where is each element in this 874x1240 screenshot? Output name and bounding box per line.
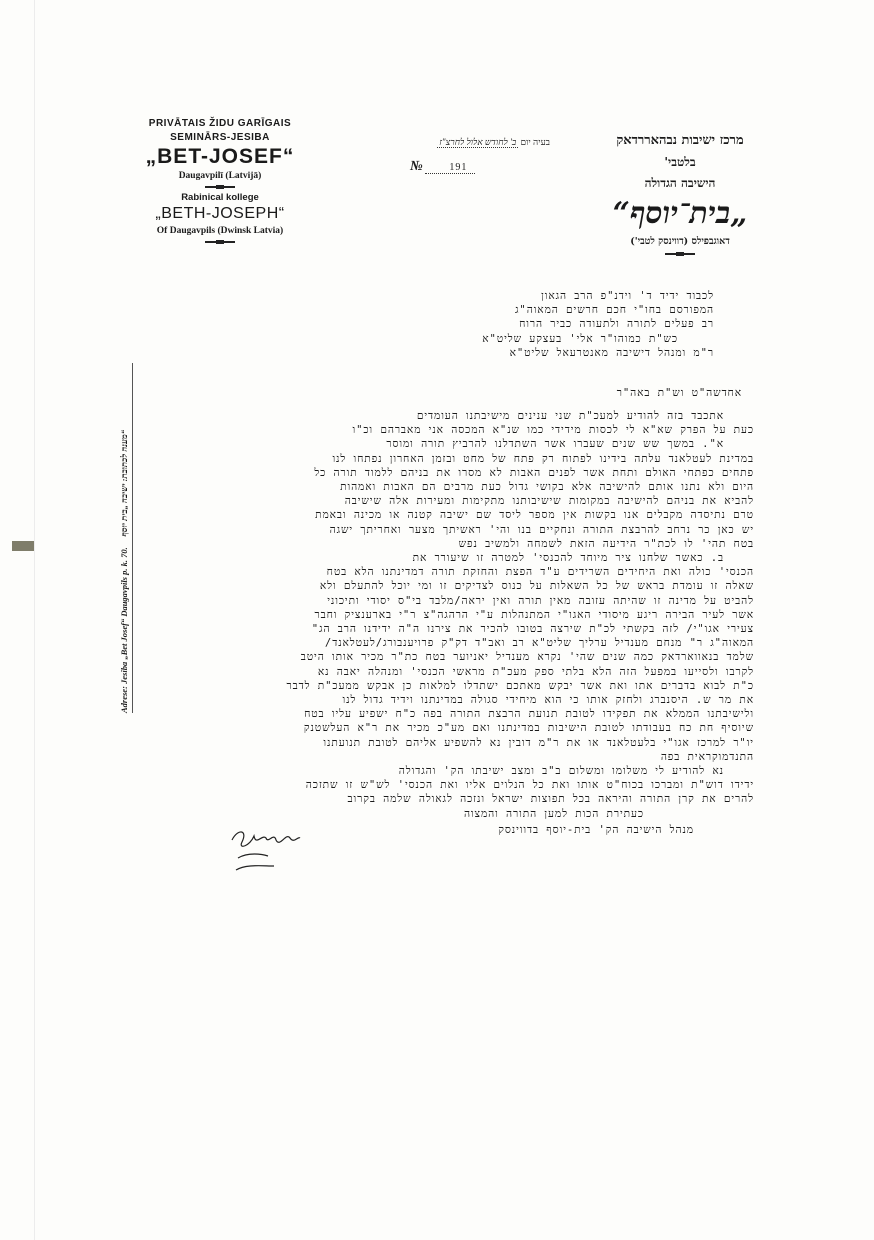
letter-meta: בעיה יום ב' לחודש אלול לחרצ"ז № 191 — [350, 137, 550, 175]
letterhead-subtitle-en: Rabinical kollege — [118, 191, 322, 204]
addressee-line: ר"מ ומנהל דישיבה מאנטרעאל שליט"א — [482, 346, 714, 360]
body-line: צעירי אגו"י/ לזה בקשתי לכ"ת שירצה בטובו … — [287, 622, 754, 636]
side-strip-rule — [132, 363, 133, 713]
body-line: לקרבו ולסייעו במפעל הזה הלא בלתי ספק מעכ… — [287, 665, 754, 679]
side-address-strip: Adrese: Jesiba „Bet Josef“ Daugavpils p.… — [112, 363, 136, 713]
side-address-hebrew: מענה לכתובת: ישיבה „בית יוסף“ — [119, 430, 129, 537]
number-line: № 191 — [410, 159, 550, 175]
greeting: אחדשה"ט וש"ת באה"ר — [617, 386, 742, 400]
body-line: שאלה זו עומדת בראש של כל השאלות על כנוס … — [287, 579, 754, 593]
side-address-latin: Adrese: Jesiba „Bet Josef“ Daugavpils p.… — [119, 547, 129, 713]
body-line: יש כאן כר נרחב להרבצת התורה ונחקיים בנו … — [287, 523, 754, 537]
institution-name-en: „BETH-JOSEPH“ — [118, 204, 322, 224]
institution-name-he: „בית־יוסף“ — [580, 194, 780, 234]
addressee-line: לכבוד ידיד ד' וידנ"פ הרב הגאון — [482, 289, 714, 303]
body-line: להביא את בניהם להישיבה במקומות שישיבותנו… — [287, 494, 754, 508]
body-line: להביט על מדינה זו שהיתה עזובה מאין תורה … — [287, 594, 754, 608]
body-line: אתכבד בזה להודיע למעכ"ת שני ענינים מישיב… — [287, 409, 754, 423]
body-line: בטח תהי' לו לכת"ר הידיעה הזאת לשמחה ולמש… — [287, 537, 754, 551]
ornament-divider — [205, 186, 235, 188]
city-he: דאוגבפילס (דווינסק לטבי') — [580, 234, 780, 250]
letterhead-he-line2: בלטבי' — [580, 152, 780, 172]
letter-number: 191 — [425, 162, 475, 174]
institution-name-lv: „BET-JOSEF“ — [118, 145, 322, 169]
addressee-line: רב פעלים לתורה ולתעודה כביר הרוח — [482, 317, 714, 331]
letterhead-he-line1: מרכז ישיבות נבהאררדאק — [580, 130, 780, 152]
handwritten-signature — [228, 826, 302, 882]
number-label: № — [410, 159, 423, 174]
ornament-divider — [205, 241, 235, 243]
ornament-divider — [665, 253, 695, 255]
body-line: ידידו דוש"ת ומברכו בכוח"ט אותו ואת כל הנ… — [287, 778, 754, 792]
date-value: ב' לחודש אלול לחרצ"ז — [437, 137, 518, 148]
date-line: בעיה יום ב' לחודש אלול לחרצ"ז — [350, 137, 550, 147]
body-line: להרים את קרן התורה והיראה בכל תפוצות ישר… — [287, 792, 754, 806]
binder-tab-mark — [12, 541, 34, 551]
body-line: טרם נתיסדה מקבלים אנו בקשות אין מספר ליס… — [287, 508, 754, 522]
city-en: Of Daugavpils (Dwinsk Latvia) — [118, 224, 322, 238]
body-line: שיוסיף חת כח בעבודתו לטובת הישיבות במדינ… — [287, 721, 754, 735]
body-line: כ"ת לבוא בדברים אתו ואת אשר יבקש מאתכם י… — [287, 679, 754, 693]
body-line: היום ולא נתנו אותם להישיבה אלא בקושי גדו… — [287, 480, 754, 494]
letterhead-line1: PRIVĀTAIS ŽIDU GARĪGAIS — [118, 116, 322, 131]
addressee-block: לכבוד ידיד ד' וידנ"פ הרב הגאוןהמפורסם בח… — [482, 289, 714, 360]
addressee-line: המפורסם בחו"י חכם חרשים המאוה"ג — [482, 303, 714, 317]
body-line: המאוה"ג ר" מנחם מענדיל ערליך שליט"א רב ו… — [287, 636, 754, 650]
body-line: הכנסי' כולה ואת היחידים השרידים ע"ד הפצת… — [287, 565, 754, 579]
body-line: יו"ר למרכז אגו"י בלעטלאנד או את ר"מ דובי… — [287, 736, 754, 750]
side-address-text: Adrese: Jesiba „Bet Josef“ Daugavpils p.… — [118, 363, 142, 713]
addressee-line: כש"ת כמוהו"ר אלי' בעצקע שליט"א — [482, 332, 714, 346]
body-line: שלמד בנאווארדאק כמה שנים שהי' נקרא מענדי… — [287, 650, 754, 664]
closing-title: מנהל הישיבה הק' בית-יוסף בדווינסק — [498, 823, 694, 837]
body-line: פתחים כפתחי האולם ותחת אשר לפנים האבות ל… — [287, 466, 754, 480]
city-lv: Daugavpilī (Latvijā) — [118, 169, 322, 183]
letterhead-latin: PRIVĀTAIS ŽIDU GARĪGAIS SEMINĀRS-JESIBA … — [118, 116, 322, 246]
letterhead-hebrew: מרכז ישיבות נבהאררדאק בלטבי' הישיבה הגדו… — [580, 130, 780, 258]
letterhead-line2: SEMINĀRS-JESIBA — [118, 131, 322, 145]
body-line: ולישיבתנו הממלא את תפקידו לטובת תנועת הר… — [287, 707, 754, 721]
page-edge — [34, 0, 35, 1240]
date-label: בעיה יום — [521, 137, 551, 147]
body-line: א". במשך שש שנים שעברו אשר השתדלנו להרבי… — [287, 437, 754, 451]
letterhead-he-line3: הישיבה הגדולה — [580, 172, 780, 194]
body-line: במדינת לעטלאנד עלתה בידינו לפתוח רק פתח … — [287, 452, 754, 466]
body-line: התנדמוקראית בפה — [287, 750, 754, 764]
body-line: ב. כאשר שלחנו ציר מיוחד להכנסי' למטרה זו… — [287, 551, 754, 565]
body-line: כעת על הפרק שא"א לי לכסות מידידי כמו שנ"… — [287, 423, 754, 437]
body-line: אשר לעיר הבירה ריגע מיסודי האגו"י המתנהל… — [287, 608, 754, 622]
body-line: כעתירת הכות למען התורה והמצוה — [287, 807, 754, 821]
letter-body: אתכבד בזה להודיע למעכ"ת שני ענינים מישיב… — [287, 409, 754, 821]
body-line: נא להודיע לי משלומו ומשלום ב"ב ומצב ישיב… — [287, 764, 754, 778]
body-line: את מר ש. היסנברג ולחזק אותו כי הוא מיחיד… — [287, 693, 754, 707]
